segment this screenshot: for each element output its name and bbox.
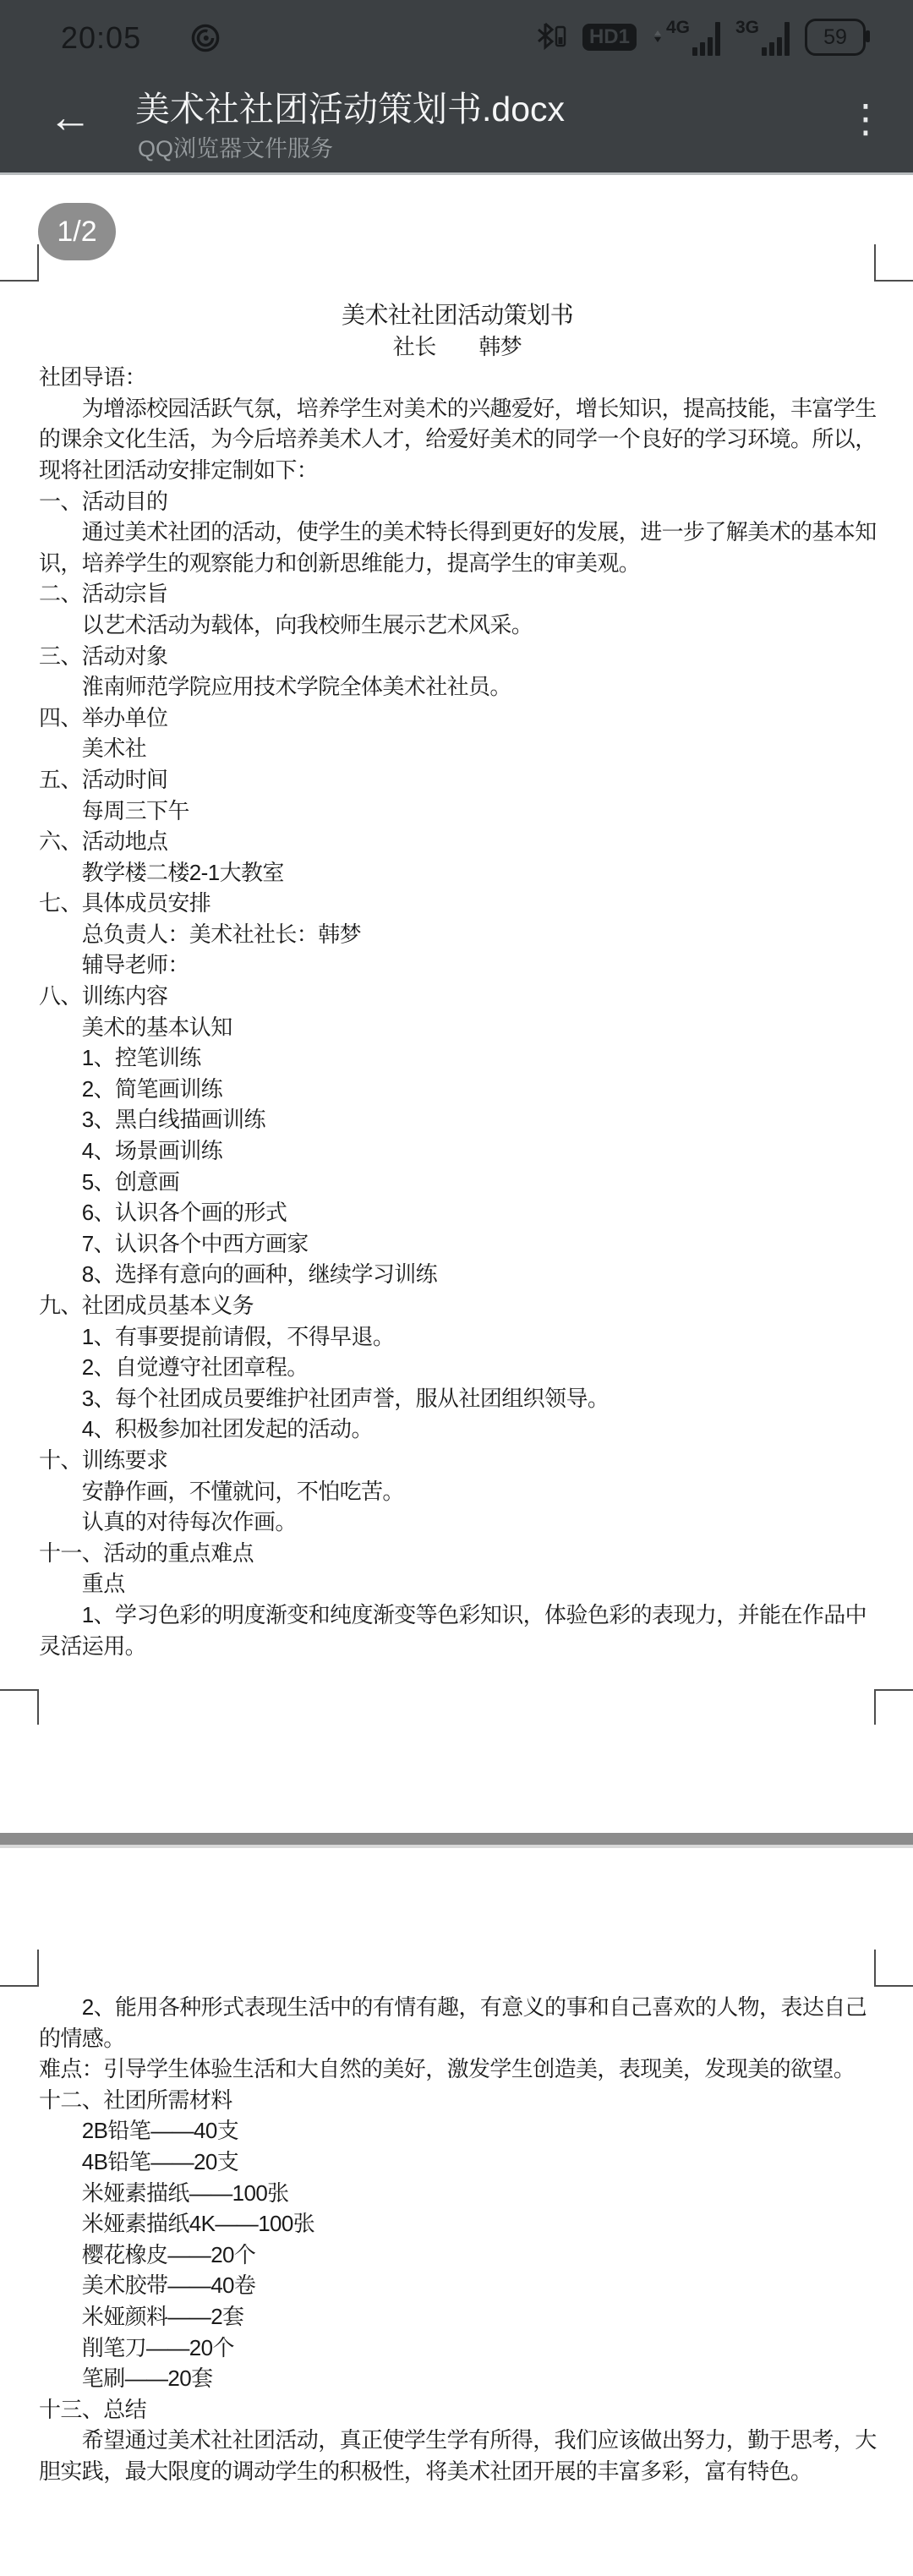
doc-line: 三、活动对象 bbox=[39, 641, 876, 672]
doc-line: 十、训练要求 bbox=[39, 1445, 876, 1476]
doc-line: 1、有事要提前请假，不得早退。 bbox=[39, 1321, 876, 1353]
battery-icon: 59 bbox=[805, 19, 866, 56]
doc-line: 安静作画，不懂就问，不怕吃苦。 bbox=[39, 1476, 876, 1507]
hd-voice-icon: HD1 bbox=[582, 24, 637, 51]
back-button[interactable]: ← bbox=[41, 79, 100, 156]
page2-text: 2、能用各种形式表现生活中的有情有趣，有意义的事和自己喜欢的人物，表达自己的情感… bbox=[39, 1992, 876, 2487]
page1-corner-top-left bbox=[37, 244, 39, 282]
page1-corner-bottom-right bbox=[876, 1689, 913, 1691]
page-indicator-badge: 1/2 bbox=[38, 203, 116, 260]
doc-line: 1、控笔训练 bbox=[39, 1042, 876, 1074]
doc-line: 为增添校园活跃气氛，培养学生对美术的兴趣爱好，增长知识，提高技能，丰富学生 bbox=[39, 393, 876, 424]
doc-line: 的课余文化生活，为今后培养美术人才，给爱好美术的同学一个良好的学习环境。所以， bbox=[39, 424, 876, 455]
doc-line: 3、黑白线描画训练 bbox=[39, 1104, 876, 1135]
signal-bars bbox=[692, 19, 720, 56]
doc-line: 七、具体成员安排 bbox=[39, 888, 876, 919]
doc-line: 总负责人：美术社社长：韩梦 bbox=[39, 919, 876, 950]
doc-line: 辅导老师： bbox=[39, 949, 876, 981]
doc-line: 4B铅笔——20支 bbox=[39, 2147, 876, 2178]
doc-line: 樱花橡皮——20个 bbox=[39, 2240, 876, 2271]
page1-corner-bottom-left bbox=[0, 1689, 37, 1691]
doc-line: 每周三下午 bbox=[39, 796, 876, 827]
doc-line: 7、认识各个中西方画家 bbox=[39, 1228, 876, 1260]
header-divider bbox=[0, 172, 913, 175]
page2-corner-top-left bbox=[0, 1985, 37, 1987]
kebab-icon: ⋮ bbox=[846, 96, 885, 141]
doc-line: 3、每个社团成员要维护社团声誉，服从社团组织领导。 bbox=[39, 1383, 876, 1414]
doc-line: 二、活动宗旨 bbox=[39, 578, 876, 610]
doc-line: 8、选择有意向的画种，继续学习训练 bbox=[39, 1259, 876, 1290]
doc-line: 难点：引导学生体验生活和大自然的美好，激发学生创造美，表现美，发现美的欲望。 bbox=[39, 2054, 876, 2085]
page-separator bbox=[0, 1833, 913, 1845]
doc-line: 通过美术社团的活动，使学生的美术特长得到更好的发展，进一步了解美术的基本知 bbox=[39, 517, 876, 548]
doc-line: 灵活运用。 bbox=[39, 1631, 876, 1662]
signal-4g-icon: 4G bbox=[652, 19, 720, 56]
app-bar: ← 美术社社团活动策划书.docx QQ浏览器文件服务 ⋮ bbox=[0, 74, 913, 172]
doc-line: 现将社团活动安排定制如下： bbox=[39, 455, 876, 486]
status-bar: 20:05 HD1 4G bbox=[0, 0, 913, 74]
doc-line: 社长 韩梦 bbox=[39, 331, 876, 363]
doc-line: 认真的对待每次作画。 bbox=[39, 1507, 876, 1538]
document-source-label: QQ浏览器文件服务 bbox=[138, 130, 333, 163]
top-bar: 20:05 HD1 4G bbox=[0, 0, 913, 172]
doc-line: 米娅颜料——2套 bbox=[39, 2301, 876, 2333]
doc-line: 四、举办单位 bbox=[39, 703, 876, 734]
doc-line: 米娅素描纸——100张 bbox=[39, 2178, 876, 2209]
doc-line: 社团导语： bbox=[39, 362, 876, 393]
doc-line: 2、自觉遵守社团章程。 bbox=[39, 1352, 876, 1383]
doc-line: 美术社社团活动策划书 bbox=[39, 300, 876, 331]
doc-line: 2、简笔画训练 bbox=[39, 1074, 876, 1105]
network-type-label: 3G bbox=[735, 19, 759, 36]
battery-percent: 59 bbox=[823, 25, 847, 50]
doc-line: 削笔刀——20个 bbox=[39, 2333, 876, 2364]
doc-line: 八、训练内容 bbox=[39, 981, 876, 1012]
doc-line: 五、活动时间 bbox=[39, 764, 876, 796]
page1-text: 美术社社团活动策划书社长 韩梦社团导语： 为增添校园活跃气氛，培养学生对美术的兴… bbox=[39, 300, 876, 1661]
doc-line: 的情感。 bbox=[39, 2023, 876, 2054]
battery-nub bbox=[866, 30, 870, 42]
doc-line: 九、社团成员基本义务 bbox=[39, 1290, 876, 1321]
page2-corner-top-right bbox=[876, 1985, 913, 1987]
doc-line: 笔刷——20套 bbox=[39, 2363, 876, 2394]
clock: 20:05 bbox=[61, 20, 141, 56]
doc-line: 淮南师范学院应用技术学院全体美术社社员。 bbox=[39, 671, 876, 703]
doc-line: 4、积极参加社团发起的活动。 bbox=[39, 1414, 876, 1445]
doc-line: 胆实践，最大限度的调动学生的积极性，将美术社团开展的丰富多彩，富有特色。 bbox=[39, 2456, 876, 2487]
doc-line: 米娅素描纸4K——100张 bbox=[39, 2208, 876, 2240]
doc-line: 六、活动地点 bbox=[39, 826, 876, 857]
page1-corner-top-right bbox=[874, 244, 876, 282]
doc-line: 一、活动目的 bbox=[39, 486, 876, 517]
page1-corner-bottom-left bbox=[37, 1689, 39, 1725]
doc-line: 十三、总结 bbox=[39, 2394, 876, 2426]
doc-line: 以艺术活动为载体，向我校师生展示艺术风采。 bbox=[39, 610, 876, 641]
doc-line: 2、能用各种形式表现生活中的有情有趣，有意义的事和自己喜欢的人物，表达自己 bbox=[39, 1992, 876, 2023]
doc-line: 希望通过美术社社团活动，真正使学生学有所得，我们应该做出努力，勤于思考，大 bbox=[39, 2425, 876, 2456]
doc-line: 美术的基本认知 bbox=[39, 1012, 876, 1043]
doc-line: 美术胶带——40卷 bbox=[39, 2270, 876, 2301]
signal-bars bbox=[762, 19, 790, 56]
page2-corner-top-left bbox=[37, 1950, 39, 1987]
page1-corner-top-right bbox=[876, 280, 913, 282]
page1-corner-top-left bbox=[0, 280, 37, 282]
doc-line: 2B铅笔——40支 bbox=[39, 2115, 876, 2147]
back-arrow-icon: ← bbox=[48, 92, 92, 143]
doc-line: 5、创意画 bbox=[39, 1167, 876, 1198]
doc-line: 6、认识各个画的形式 bbox=[39, 1197, 876, 1228]
document-title: 美术社社团活动策划书.docx bbox=[135, 81, 803, 131]
doc-line: 4、场景画训练 bbox=[39, 1135, 876, 1167]
page2-corner-top-right bbox=[874, 1950, 876, 1987]
network-type-label: 4G bbox=[666, 19, 690, 36]
status-icons: HD1 4G 3G 59 bbox=[530, 17, 866, 57]
page-separator-shadow bbox=[0, 1845, 913, 1848]
doc-line: 美术社 bbox=[39, 733, 876, 764]
overflow-menu-button[interactable]: ⋮ bbox=[840, 76, 891, 161]
doc-line: 重点 bbox=[39, 1568, 876, 1600]
doc-line: 教学楼二楼2-1大教室 bbox=[39, 857, 876, 889]
doc-line: 识，培养学生的观察能力和创新思维能力，提高学生的审美观。 bbox=[39, 548, 876, 579]
screen: { "status_bar": { "time": "20:05", "hd":… bbox=[0, 0, 913, 2576]
bluetooth-icon bbox=[530, 17, 567, 58]
doc-line: 1、学习色彩的明度渐变和纯度渐变等色彩知识，体验色彩的表现力，并能在作品中 bbox=[39, 1600, 876, 1631]
page1-corner-bottom-right bbox=[874, 1689, 876, 1725]
music-note-icon bbox=[189, 22, 221, 54]
doc-line: 十一、活动的重点难点 bbox=[39, 1538, 876, 1569]
doc-line: 十二、社团所需材料 bbox=[39, 2085, 876, 2116]
signal-3g-icon: 3G bbox=[735, 19, 790, 56]
